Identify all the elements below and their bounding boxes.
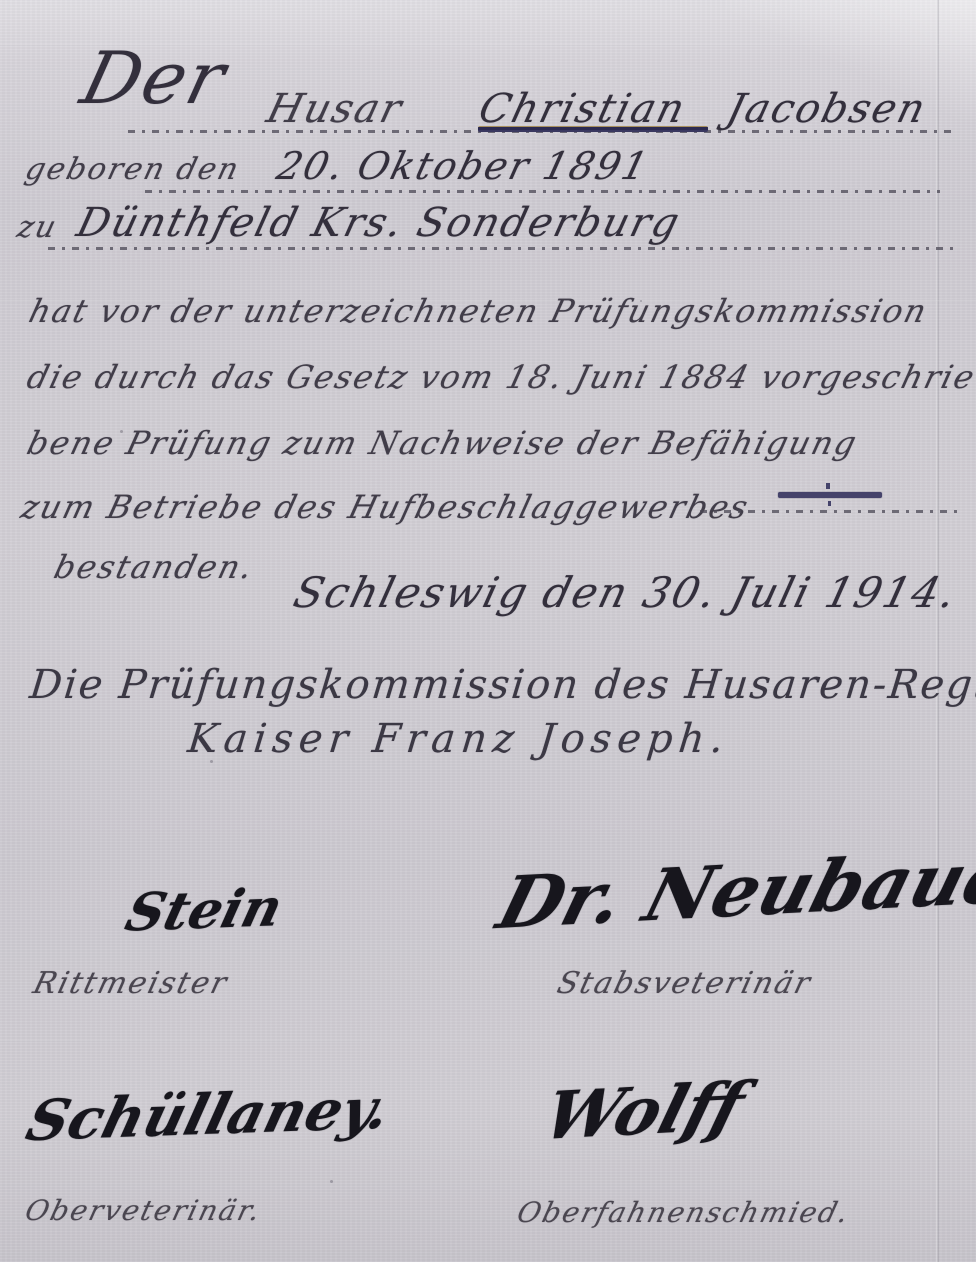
signature-neubauer: Dr. Neubauer — [489, 832, 976, 945]
title-rittmeister: Rittmeister — [30, 966, 232, 1001]
body-line-2: die durch das Gesetz vom 18. Juni 1884 v… — [23, 358, 976, 396]
rank-husar: Husar — [262, 86, 408, 132]
dotted-rule-filler — [700, 510, 958, 513]
title-oberveterinaer: Oberveterinär. — [22, 1194, 266, 1227]
body-line-5-bestanden: bestanden. — [50, 548, 258, 586]
commission-line-2: Kaiser Franz Joseph. — [186, 716, 732, 762]
name-last: Jacobsen — [722, 86, 931, 132]
body-line-4: zum Betriebe des Hufbeschlaggewerbes — [17, 488, 753, 526]
body-line-1: hat vor der unterzeichneten Prüfungskomm… — [25, 292, 932, 330]
commission-line-1: Die Prüfungskommission des Husaren-Regts… — [28, 662, 976, 708]
article-der: Der — [75, 42, 234, 114]
paper-crease-horizontal-low — [0, 1040, 976, 1042]
name-first: Christian — [474, 86, 691, 132]
birthplace-label: zu — [14, 210, 62, 245]
signature-stein: Stein — [120, 877, 289, 943]
paper-speck — [330, 1180, 333, 1183]
dotted-rule-line3 — [48, 247, 958, 250]
signature-wolff: Wolff — [536, 1067, 753, 1155]
ditto-dash-mark — [778, 492, 882, 498]
signature-schuellaney: Schüllaney. — [20, 1076, 397, 1154]
born-value: 20. Oktober 1891 — [273, 144, 655, 188]
born-label: geboren den — [22, 152, 244, 187]
document-page: Der Husar Christian Jacobsen geboren den… — [0, 0, 976, 1262]
body-line-3: bene Prüfung zum Nachweise der Befähigun… — [23, 424, 862, 462]
dotted-rule-line2 — [145, 190, 940, 193]
birthplace-value: Dünthfeld Krs. Sonderburg — [72, 200, 685, 246]
title-oberfahnenschmied: Oberfahnenschmied. — [514, 1196, 854, 1229]
title-stabsveterinaer: Stabsveterinär — [554, 966, 816, 1001]
place-date-line: Schleswig den 30. Juli 1914. — [289, 568, 963, 617]
